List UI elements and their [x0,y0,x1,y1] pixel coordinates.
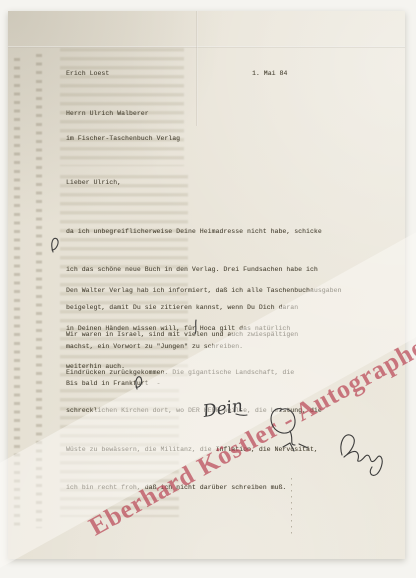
salutation: Lieber Ulrich, [66,177,121,190]
letter-date: 1. Mai 84 [252,68,287,81]
fold-crease-vertical [196,11,198,126]
photo-background: Erich Loest 1. Mai 84 Herrn Ulrich Walbe… [0,0,416,578]
typed-line: da ich unbegreiflicherweise Deine Heimad… [66,226,322,239]
recipient-line-2: im Fischer-Taschenbuch Verlag [66,133,180,146]
recipient-line-1: Herrn Ulrich Walberer [66,108,149,121]
sender-name: Erich Loest [66,68,109,81]
